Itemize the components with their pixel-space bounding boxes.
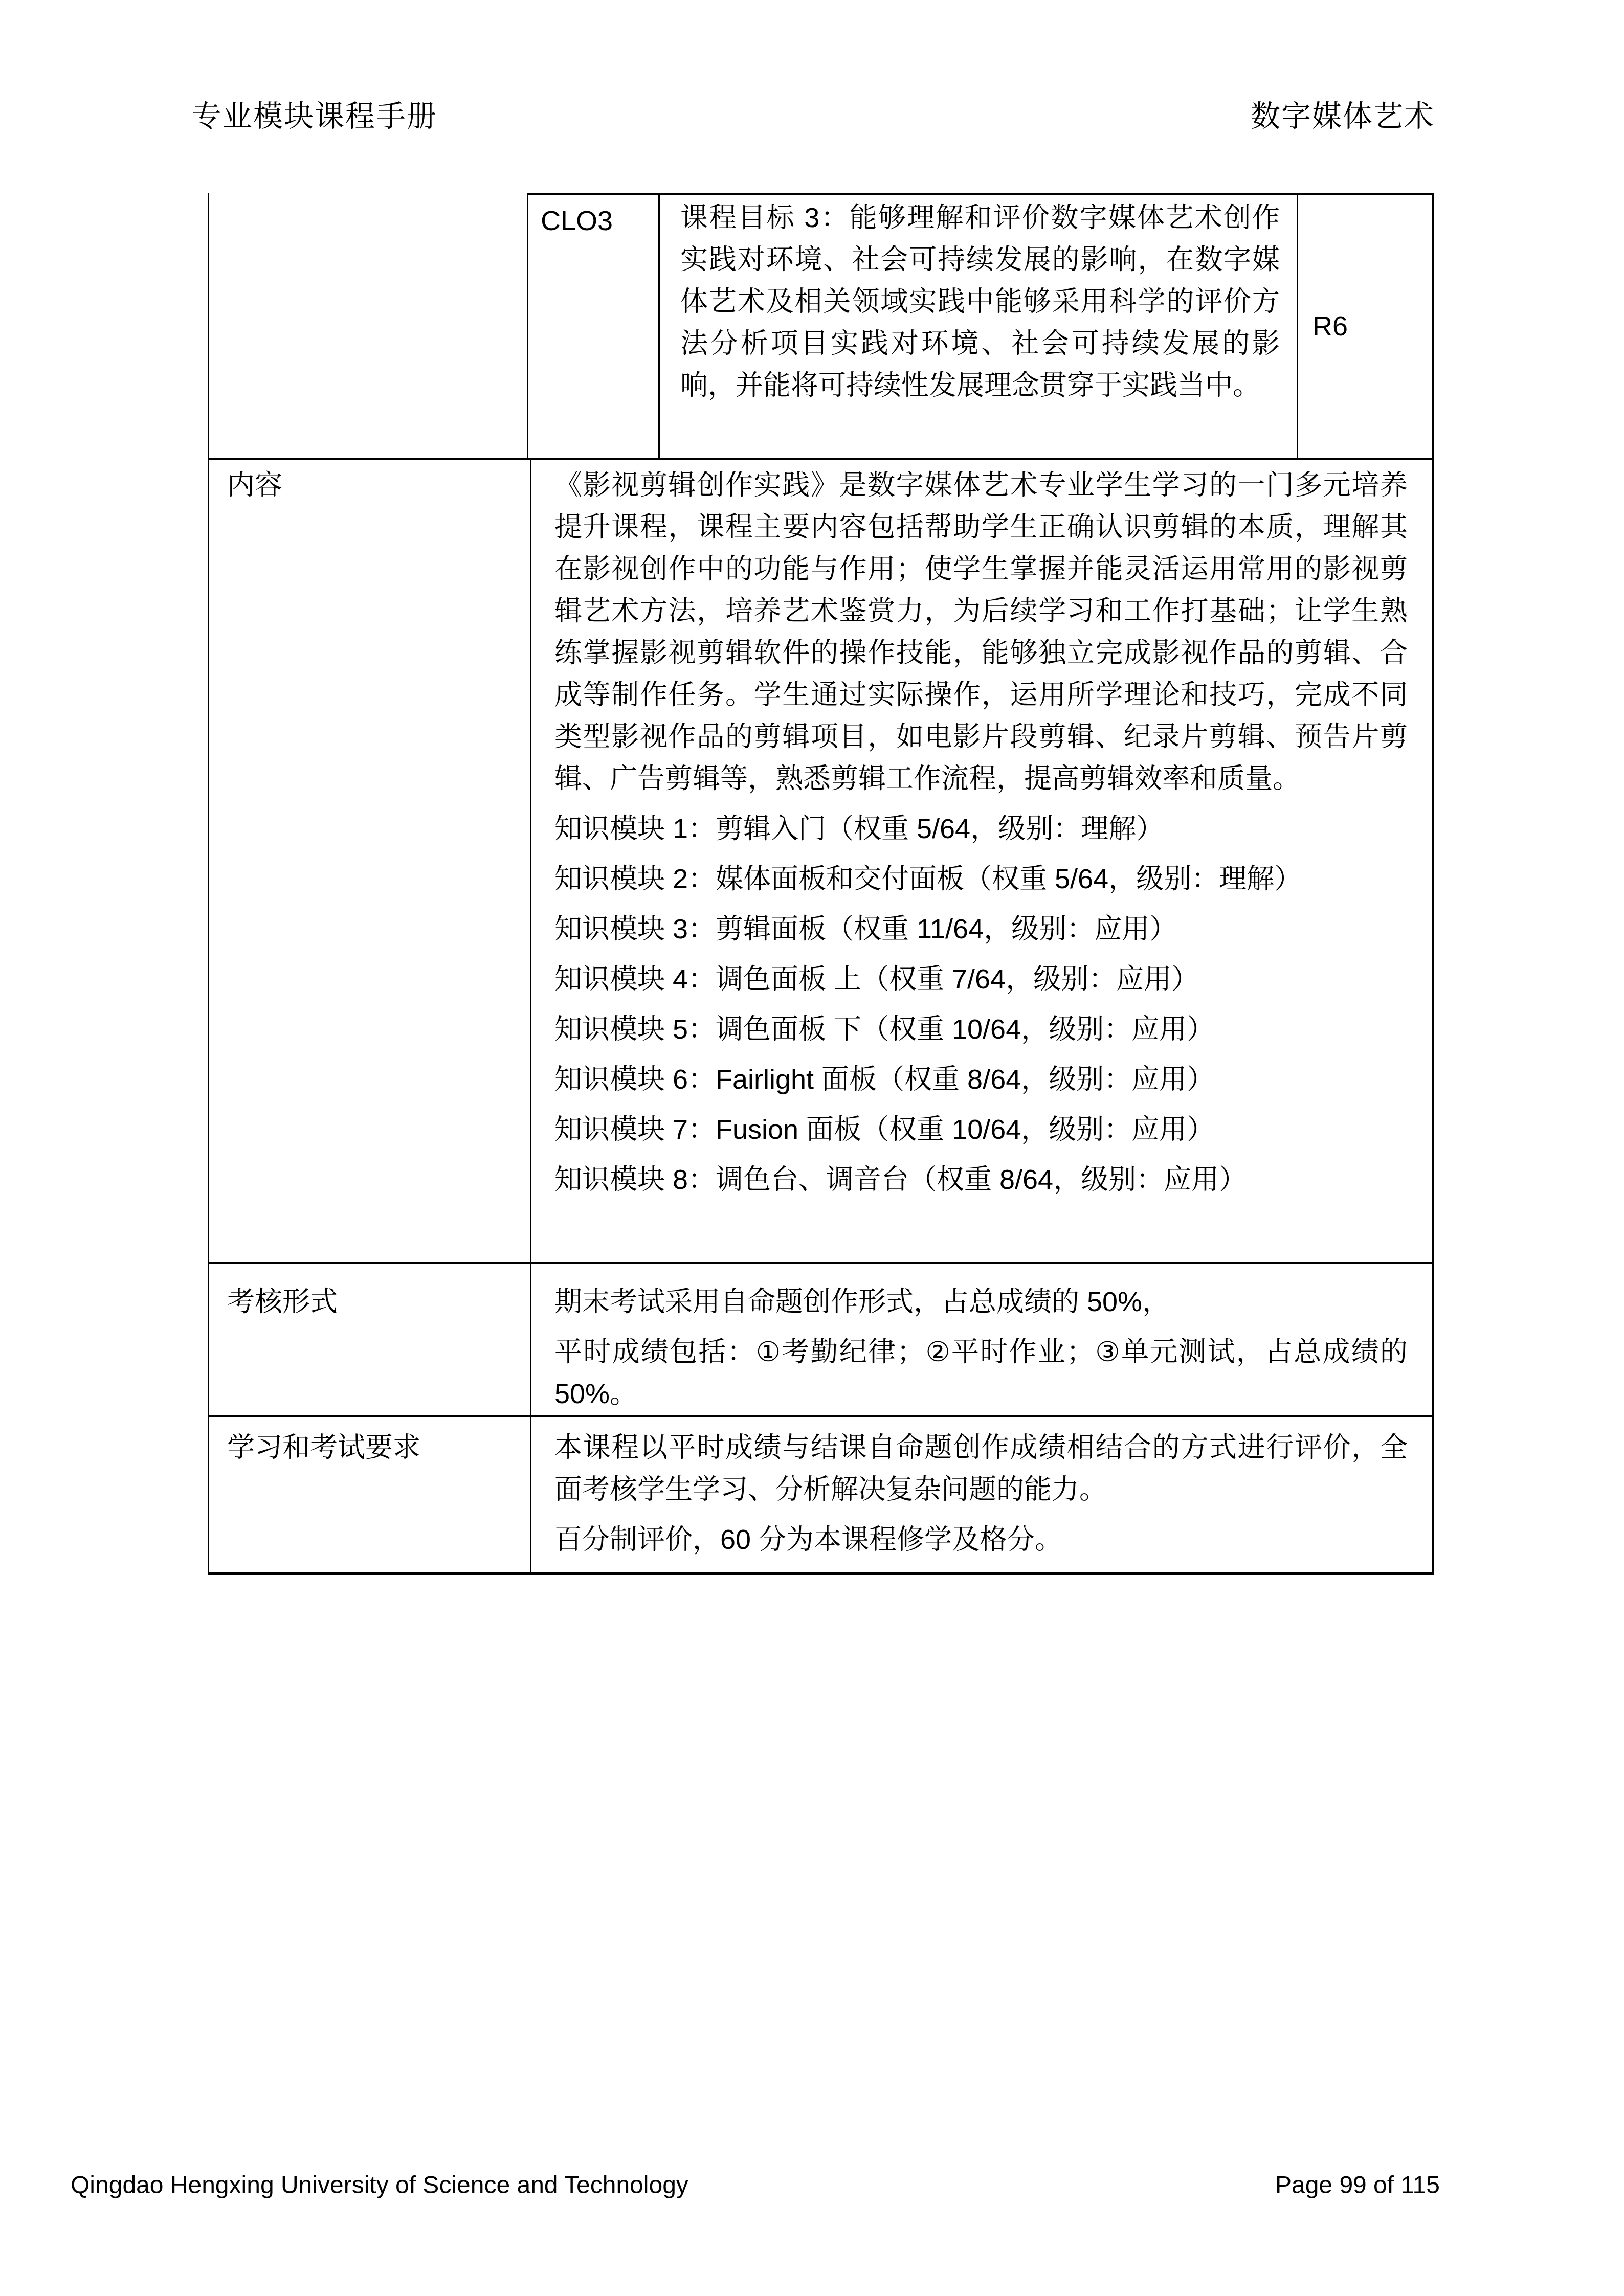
clo-id-cell: CLO3 — [541, 200, 656, 242]
knowledge-module-item: 知识模块 4：调色面板 上（权重 7/64，级别：应用） — [554, 958, 1408, 1000]
clo-col-divider-1 — [527, 193, 528, 459]
clo-ref-cell: R6 — [1312, 193, 1430, 459]
clo-objective-cell: 课程目标 3：能够理解和评价数字媒体艺术创作实践对环境、社会可持续发展的影响，在… — [680, 197, 1280, 455]
knowledge-module-item: 知识模块 6：Fairlight 面板（权重 8/64，级别：应用） — [554, 1059, 1408, 1100]
knowledge-module-item: 知识模块 3：剪辑面板（权重 11/64，级别：应用） — [554, 908, 1408, 950]
table-border-right — [1432, 193, 1434, 1575]
footer-institution: Qingdao Hengxing University of Science a… — [71, 2170, 688, 2201]
content-row-label: 内容 — [227, 464, 514, 506]
requirements-row-text: 本课程以平时成绩与结课自命题创作成绩相结合的方式进行评价，全面考核学生学习、分析… — [554, 1427, 1408, 1567]
footer-page-number: Page 99 of 115 — [1275, 2170, 1440, 2201]
table-border-bottom — [208, 1572, 1434, 1575]
assessment-line-1: 期末考试采用自命题创作形式，占总成绩的 50%， — [554, 1281, 1408, 1323]
clo-col-divider-3 — [1297, 193, 1298, 459]
content-row-text: 《影视剪辑创作实践》是数字媒体艺术专业学生学习的一门多元培养提升课程，课程主要内… — [554, 464, 1408, 1254]
content-paragraph: 《影视剪辑创作实践》是数字媒体艺术专业学生学习的一门多元培养提升课程，课程主要内… — [554, 464, 1408, 800]
row-divider-content-assess — [208, 1262, 1434, 1264]
label-col-divider — [530, 459, 531, 1574]
requirements-line-1: 本课程以平时成绩与结课自命题创作成绩相结合的方式进行评价，全面考核学生学习、分析… — [554, 1427, 1408, 1511]
assessment-row-text: 期末考试采用自命题创作形式，占总成绩的 50%， 平时成绩包括：①考勤纪律；②平… — [554, 1281, 1408, 1411]
knowledge-module-item: 知识模块 5：调色面板 下（权重 10/64，级别：应用） — [554, 1008, 1408, 1050]
document-page: 专业模块课程手册 数字媒体艺术 CLO3 课程目标 3：能够理解和评价数字媒体艺… — [0, 0, 1624, 2296]
requirements-row-label: 学习和考试要求 — [227, 1427, 534, 1469]
header-right-title: 数字媒体艺术 — [1251, 99, 1435, 134]
row-divider-assess-require — [208, 1415, 1434, 1417]
requirements-line-2: 百分制评价，60 分为本课程修学及格分。 — [554, 1519, 1408, 1561]
assessment-line-2: 平时成绩包括：①考勤纪律；②平时作业；③单元测试，占总成绩的 50%。 — [554, 1331, 1408, 1415]
assessment-row-label: 考核形式 — [227, 1281, 514, 1323]
header-left-title: 专业模块课程手册 — [192, 99, 437, 134]
knowledge-module-item: 知识模块 8：调色台、调音台（权重 8/64，级别：应用） — [554, 1159, 1408, 1201]
knowledge-module-item: 知识模块 7：Fusion 面板（权重 10/64，级别：应用） — [554, 1109, 1408, 1151]
row-divider-clo-content — [208, 458, 1434, 460]
clo-col-divider-2 — [658, 193, 660, 459]
knowledge-module-item: 知识模块 1：剪辑入门（权重 5/64，级别：理解） — [554, 808, 1408, 850]
table-border-left — [208, 193, 209, 1575]
knowledge-module-item: 知识模块 2：媒体面板和交付面板（权重 5/64，级别：理解） — [554, 858, 1408, 900]
